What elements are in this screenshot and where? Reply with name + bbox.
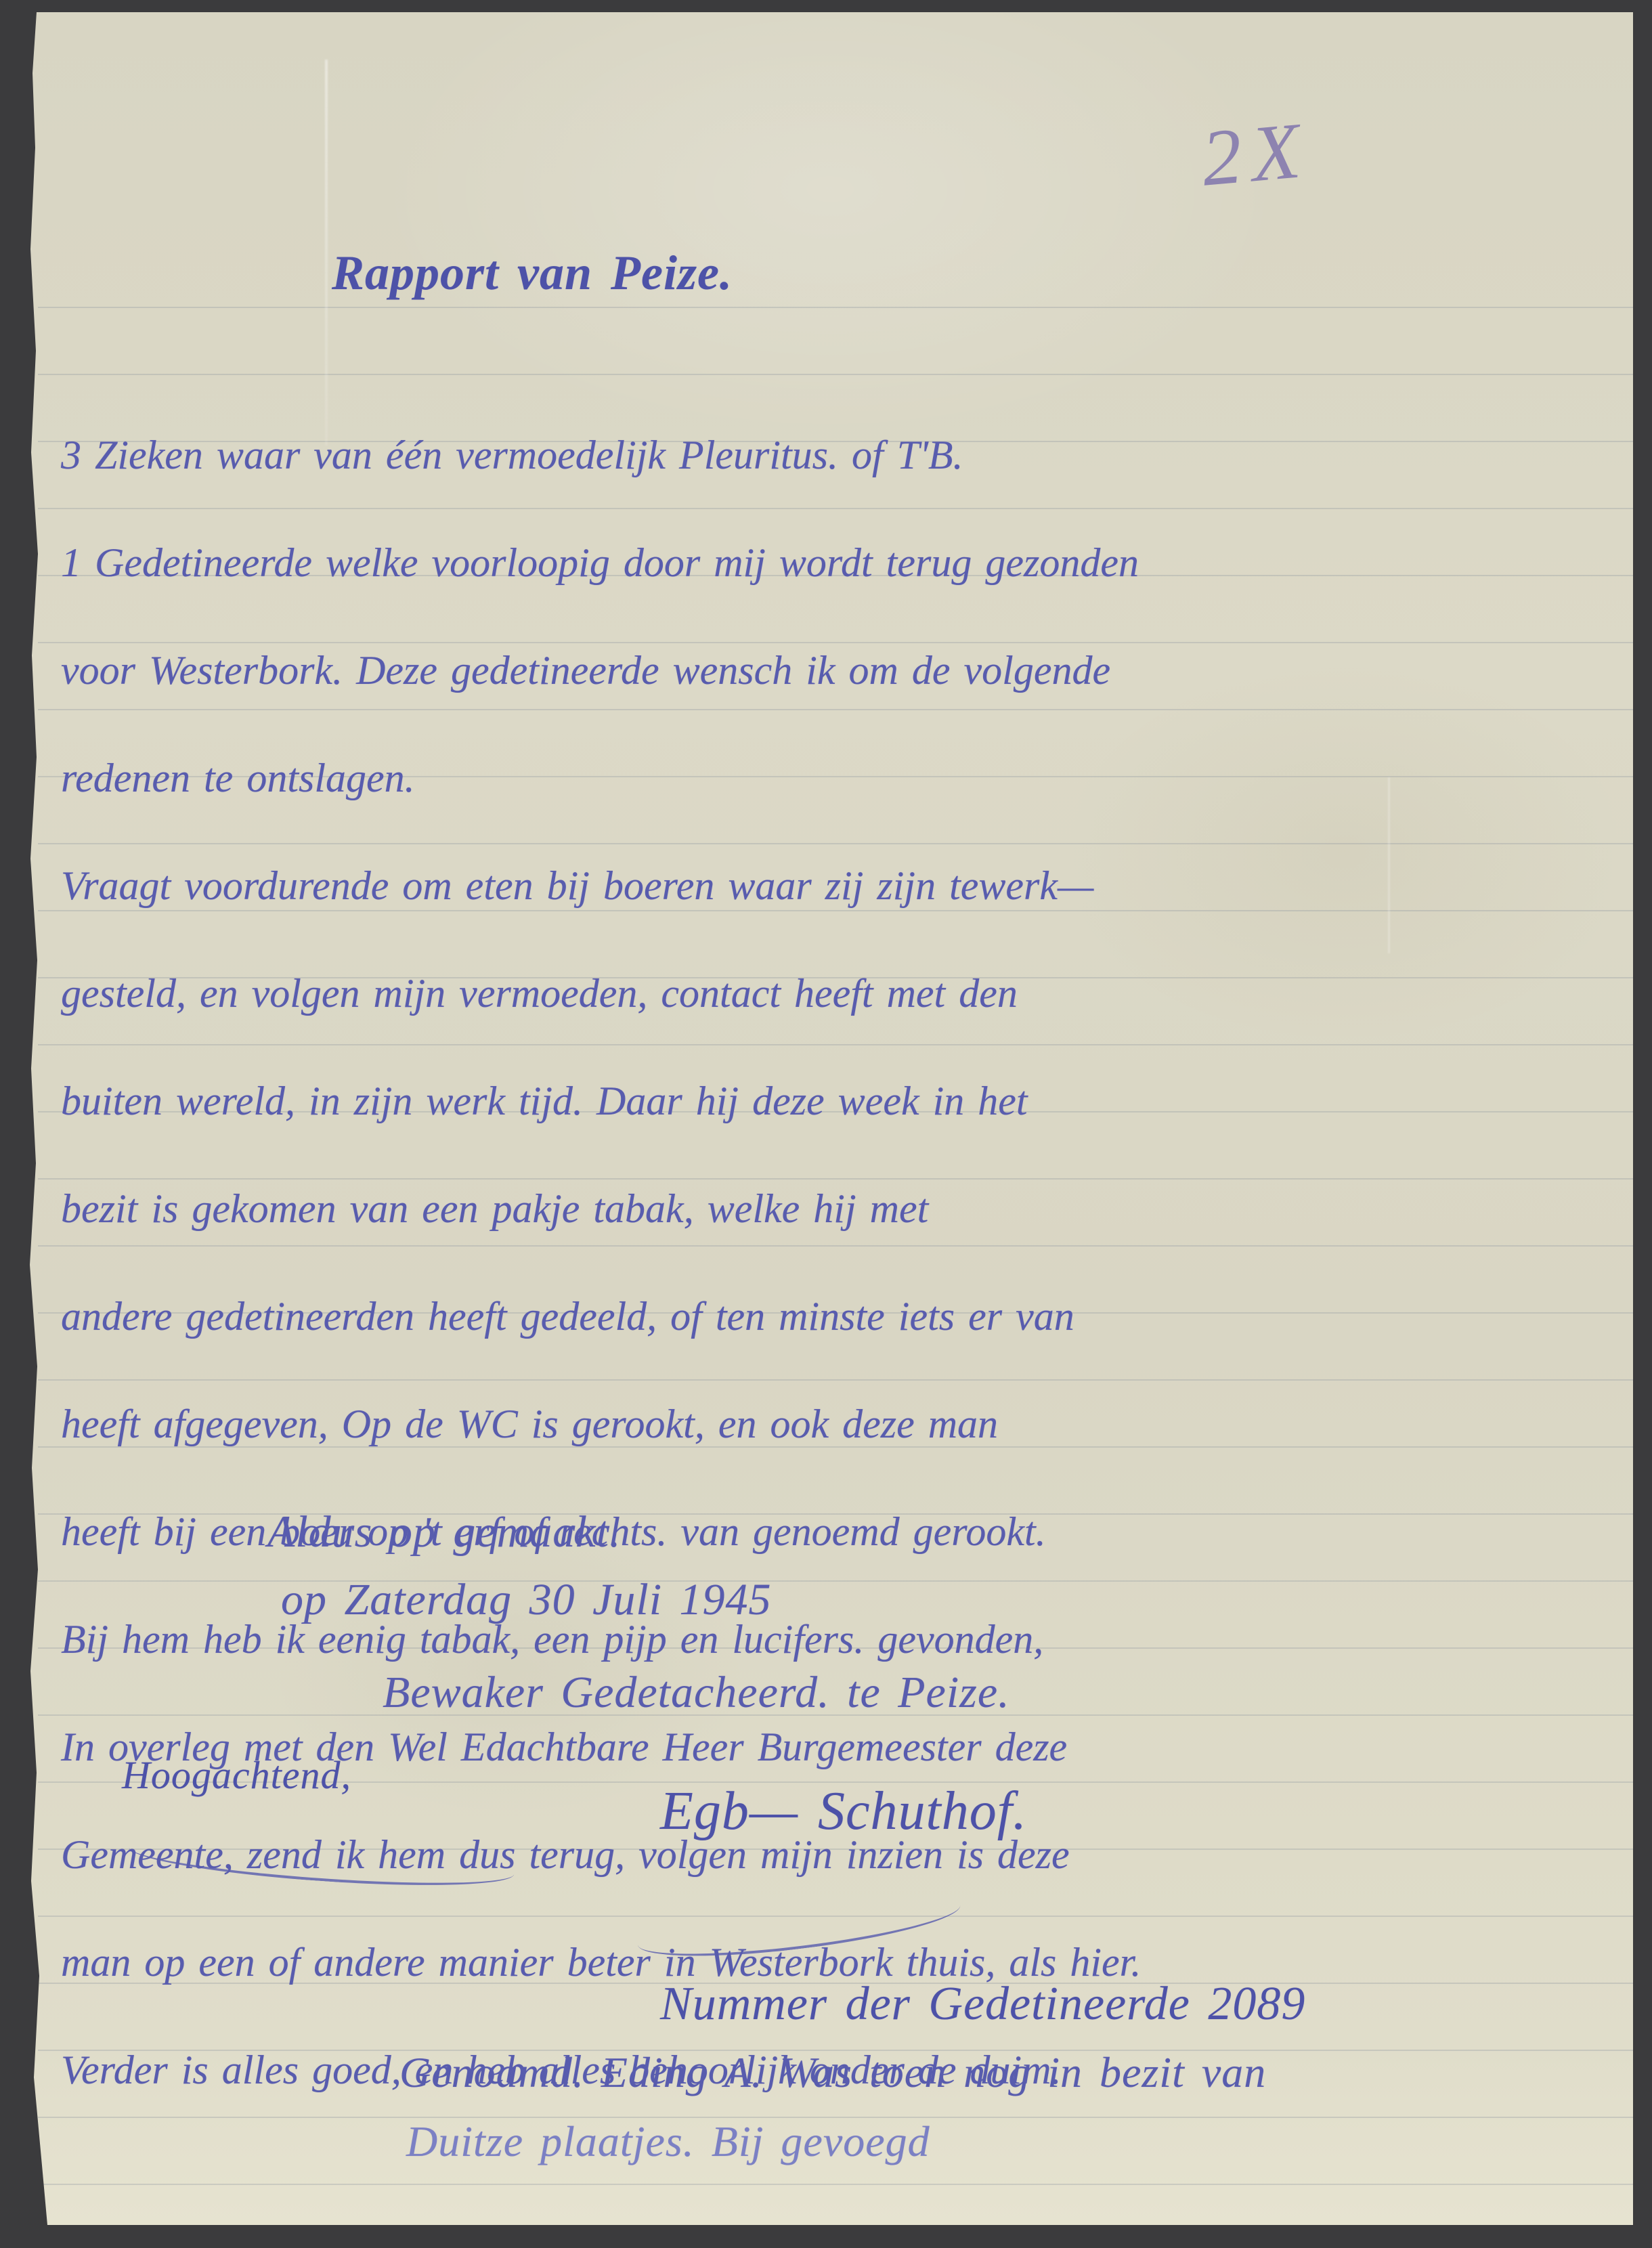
body-line: redenen te ontslagen. [61,735,1620,802]
document-page: 2X Rapport van Peize. 3 Zieken waar van … [27,12,1633,2225]
signature: Egb— Schuthof. [660,1781,1027,1842]
copy-mark-annotation: 2X [1198,104,1313,204]
signer-role: Bewaker Gedetacheerd. te Peize. [383,1667,1010,1719]
page-title: Rapport van Peize. [332,245,733,301]
salutation: Hoogachtend, [122,1752,351,1798]
detainee-number-line: Nummer der Gedetineerde 2089 [660,1977,1305,2031]
body-line: bezit is gekomen van een pakje tabak, we… [61,1165,1620,1232]
body-line: Vraagt voordurende om eten bij boeren wa… [61,842,1620,909]
body-line: heeft afgegeven, Op de WC is gerookt, en… [61,1381,1620,1448]
body-line: buiten wereld, in zijn werk tijd. Daar h… [61,1058,1620,1125]
body-line: gesteld, en volgen mijn vermoeden, conta… [61,950,1620,1017]
attachment-note-line: Duitze plaatjes. Bij gevoegd [406,2117,930,2167]
body-line: voor Westerbork. Deze gedetineerde wensc… [61,627,1620,694]
detainee-name-line: Genoamd. Eding A. Was toen nog in bezit … [399,2048,1266,2098]
scan-background: { "colors":{ "ink":"#585cae","ink-dark":… [0,0,1652,2248]
body-line: andere gedetineerden heeft gedeeld, of t… [61,1273,1620,1340]
closing-date: op Zaterdag 30 Juli 1945 [281,1574,772,1626]
body-line: 1 Gedetineerde welke voorloopig door mij… [61,519,1620,586]
closing-statement: Aldus op gemaakt. [267,1507,621,1558]
body-line: 3 Zieken waar van één vermoedelijk Pleur… [61,412,1620,479]
